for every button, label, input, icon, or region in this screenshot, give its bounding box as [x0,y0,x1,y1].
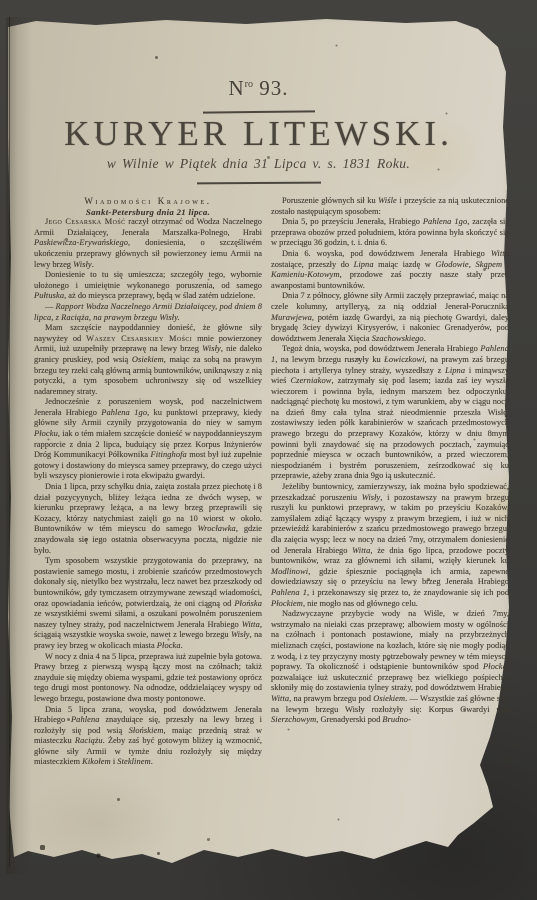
column-right: Poruszenie głównych sił ku Wiśle i przey… [271,196,509,768]
column-left: Wiadomości Krajowe. Sankt-Petersburg dni… [34,196,262,768]
article-paragraph: W nocy z dnia 4 na 5 lipca, przeprawa iu… [34,652,262,705]
article-paragraph: Dnia 5, po przeyściu Jenerała, Hrabiego … [271,217,509,249]
issue-number: Nro 93. [6,76,511,101]
masthead-dateline: w Wilnie w Piątek dnia 31 Lipca v. s. 18… [6,156,511,172]
article-paragraph: Jednocześnie z poruszeniem woysk, pod na… [34,397,262,482]
article-paragraph: Tym sposobem wszystkie przygotowania do … [34,556,262,651]
article-paragraph: Doniesienie to tu się umieszcza; szczegó… [34,270,262,302]
article-paragraph: Dnia 5 lipca zrana, woyska, pod dowództw… [34,705,262,769]
article-paragraph: Jeżeliby buntownicy, zamierzywszy, iak m… [271,482,509,609]
article-paragraph: Dnia 7 z północy, główne siły Armii zacz… [271,291,509,344]
article-paragraph: Jego Cesarska Mość raczył otrzymać od Wo… [34,217,262,270]
paper-speckles [6,17,7,18]
article-paragraph: Dnia 6. woyska, pod dowództwem Jenerała … [271,249,509,291]
dateline-heading: Sankt-Petersburg dnia 21 lipca. [34,207,262,218]
article-paragraph: Poruszenie głównych sił ku Wiśle i przey… [271,196,509,217]
article-paragraph: — Rapport Wodza Naczelnego Armii Działai… [34,302,262,323]
newspaper-title: KURYER LITEWSKI. [6,114,511,154]
article-paragraph: Nadzwyczayne przybycie wody na Wiśle, w … [271,609,509,726]
article-paragraph: Mam szczęście naypoddanniey donieść, że … [34,323,262,397]
article-body: Wiadomości Krajowe. Sankt-Petersburg dni… [34,196,509,768]
issue-superscript: ro [245,79,253,90]
article-paragraph: Tegoż dnia, woyska, pod dowództwem Jener… [271,344,509,482]
section-heading: Wiadomości Krajowe. [34,196,262,207]
article-paragraph: Dnia 1 lipca, przy schyłku dnia, zaięta … [34,482,262,556]
